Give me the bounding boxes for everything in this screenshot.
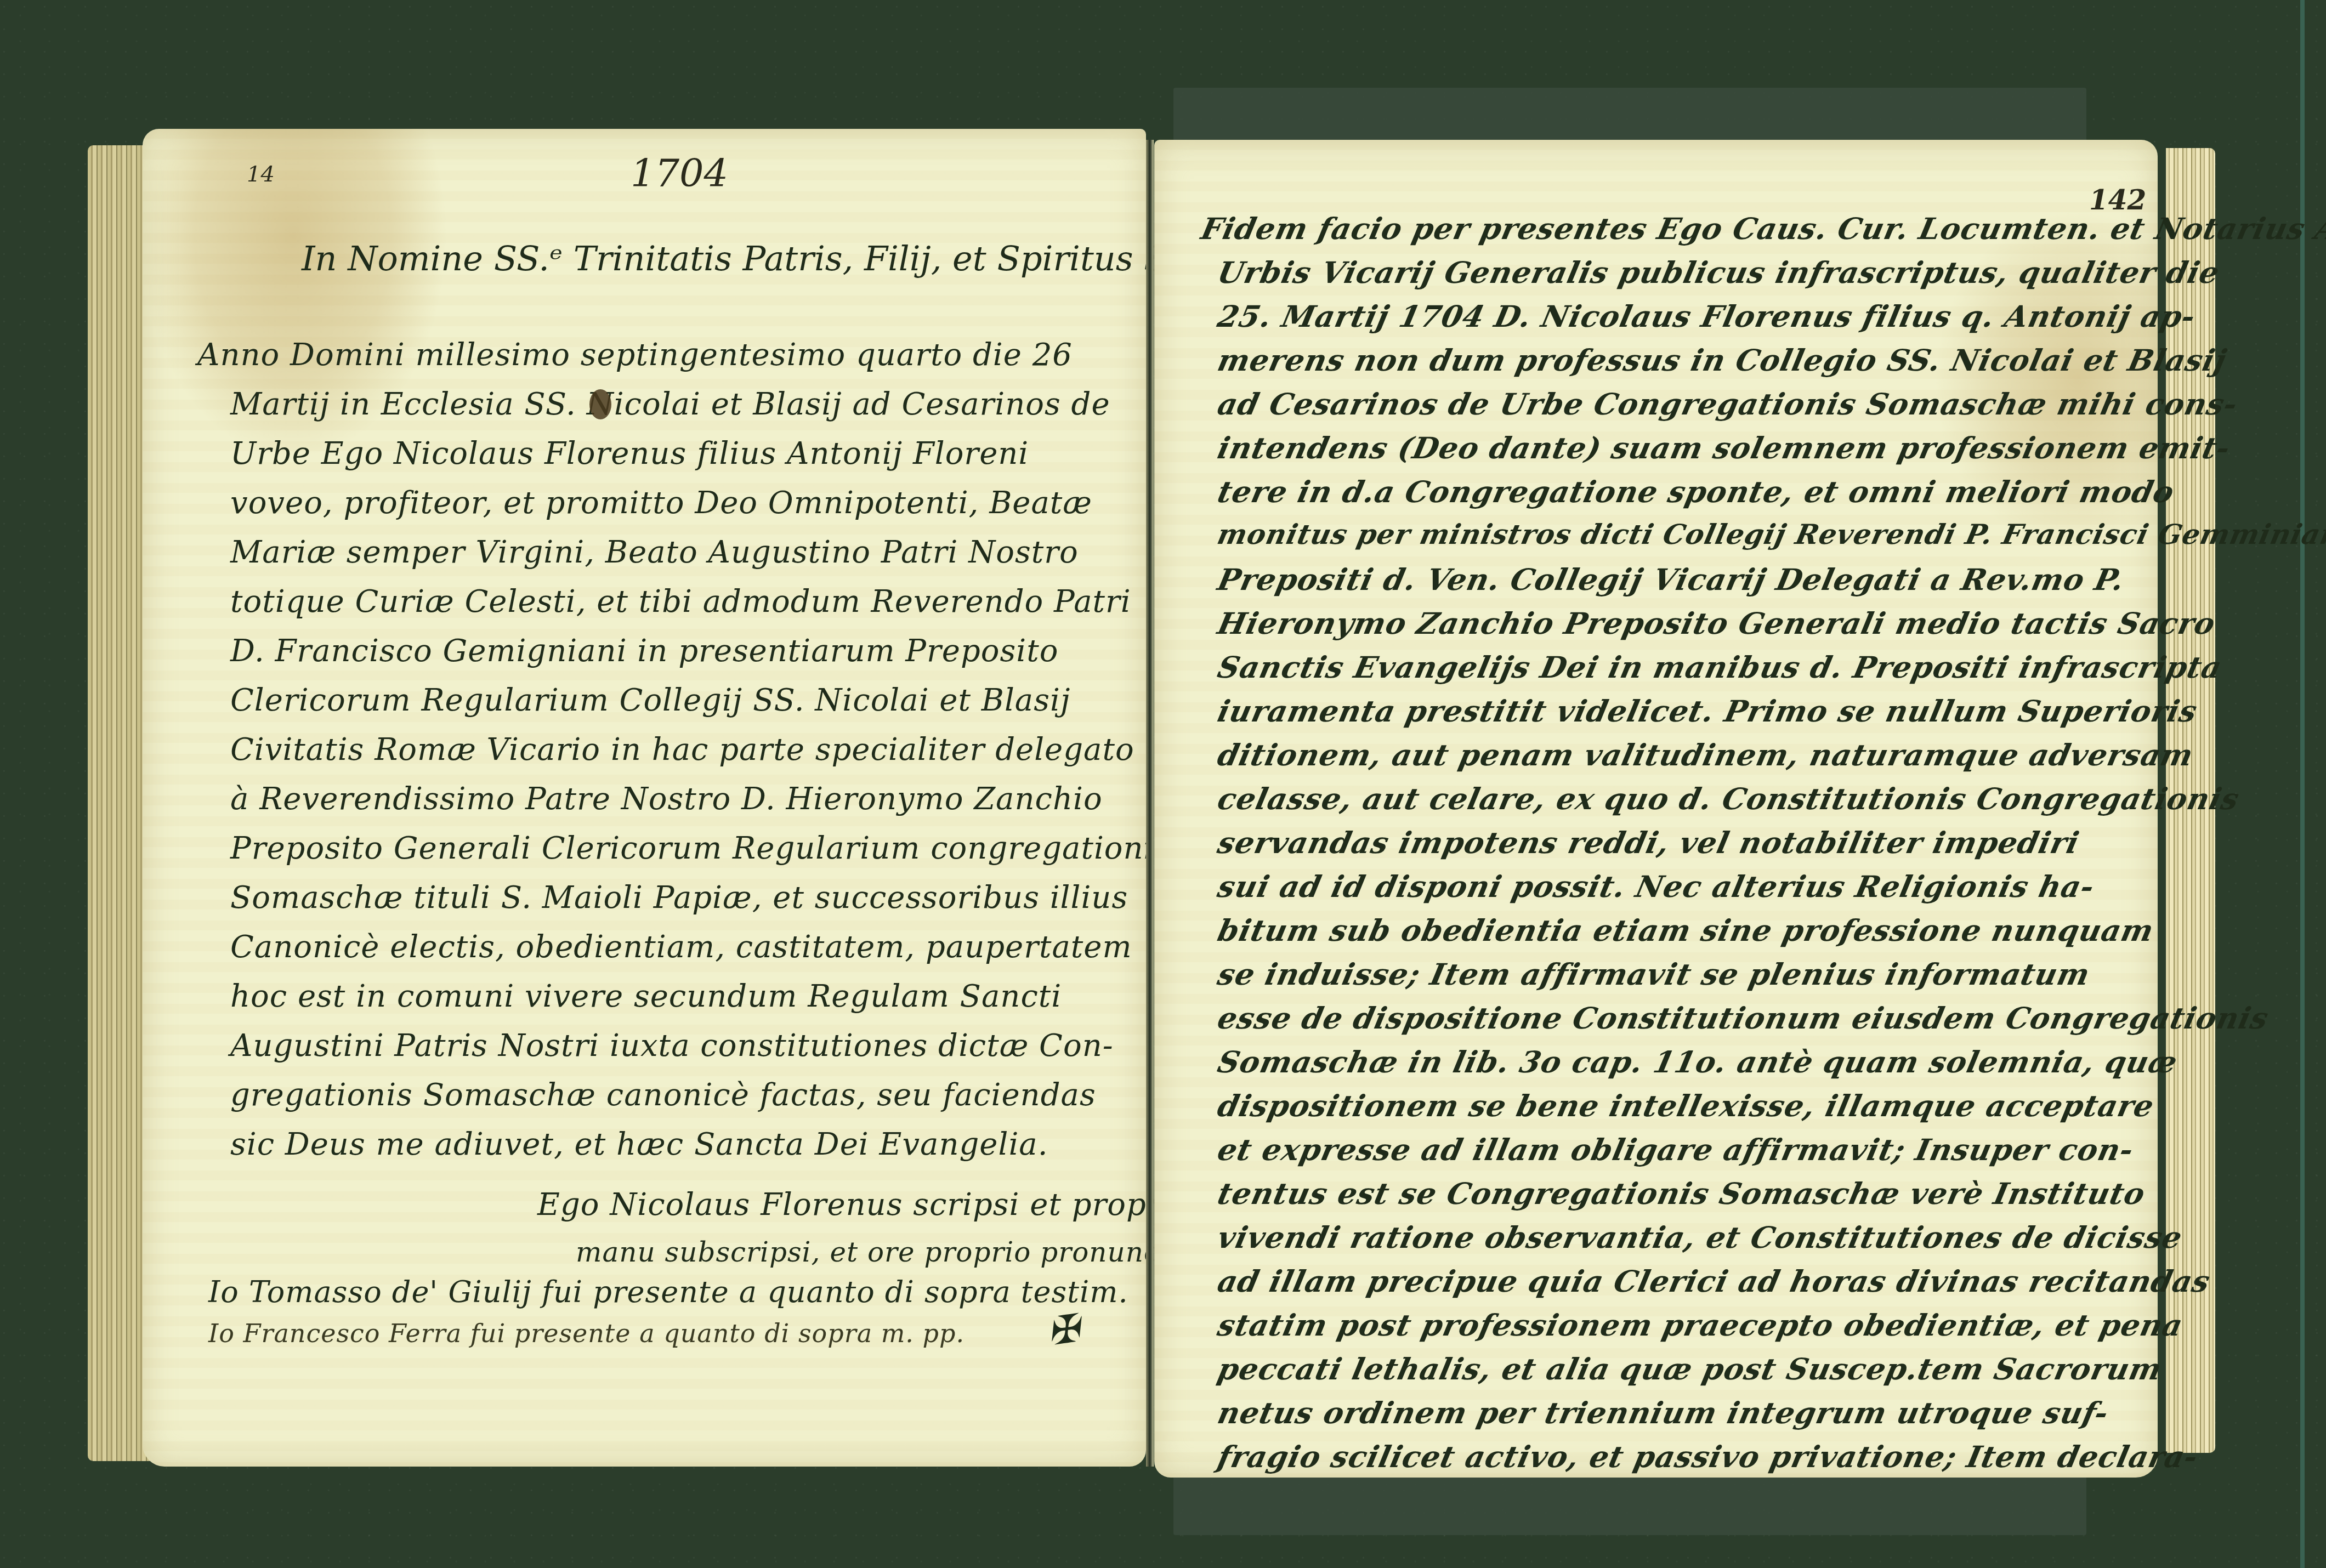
invocation-heading: In Nomine SS.ᵉ Trinitatis Patris, Filij,…	[302, 238, 1253, 279]
text-line: Preposito Generali Clericorum Regularium…	[230, 831, 1170, 866]
text-line: Fidem facio per presentes Ego Caus. Cur.…	[1198, 211, 2326, 246]
scan-stage: 14 1704 In Nomine SS.ᵉ Trinitatis Patris…	[0, 0, 2326, 1568]
text-line: tentus est se Congregationis Somaschæ ve…	[1215, 1176, 2148, 1211]
text-line: esse de dispositione Constitutionum eius…	[1215, 1001, 2272, 1036]
left-page: 14 1704 In Nomine SS.ᵉ Trinitatis Patris…	[143, 129, 1146, 1467]
text-line: Somaschæ tituli S. Maioli Papiæ, et succ…	[230, 880, 1128, 916]
text-line: ditionem, aut penam valitudinem, naturam…	[1215, 737, 2197, 772]
text-line: servandas impotens reddi, vel notabilite…	[1215, 825, 2083, 860]
text-line: celasse, aut celare, ex quo d. Constitut…	[1215, 781, 2243, 816]
right-page: 142 Fidem facio per presentes Ego Caus. …	[1154, 140, 2158, 1478]
text-line: Urbis Vicarij Generalis publicus infrasc…	[1215, 255, 2223, 290]
text-line: tere in d.a Congregatione sponte, et omn…	[1215, 474, 2177, 509]
text-line: gregationis Somaschæ canonicè factas, se…	[230, 1077, 1096, 1113]
signature-line: manu subscripsi, et ore proprio pronunci…	[576, 1236, 1211, 1268]
text-line: netus ordinem per triennium integrum utr…	[1215, 1395, 2112, 1430]
text-line: Civitatis Romæ Vicario in hac parte spec…	[230, 732, 1134, 768]
signature-line: Ego Nicolaus Florenus scripsi et propria	[537, 1187, 1191, 1223]
text-line: Prepositi d. Ven. Collegij Vicarij Deleg…	[1215, 562, 2128, 597]
text-line: Somaschæ in lib. 3o cap. 11o. antè quam …	[1215, 1044, 2181, 1080]
text-line: 25. Martij 1704 D. Nicolaus Florenus fil…	[1215, 299, 2199, 334]
open-book: 14 1704 In Nomine SS.ᵉ Trinitatis Patris…	[88, 123, 2215, 1478]
text-line: Hieronymo Zanchio Preposito Generali med…	[1215, 606, 2219, 641]
corner-mark: 14	[247, 162, 275, 187]
text-line: dispositionem se bene intellexisse, illa…	[1215, 1088, 2157, 1123]
text-line: intendens (Deo dante) suam solemnem prof…	[1215, 430, 2233, 465]
text-line: Clericorum Regularium Collegij SS. Nicol…	[230, 683, 1070, 718]
text-line: hoc est in comuni vivere secundum Regula…	[230, 979, 1062, 1014]
text-line: se induisse; Item affirmavit se plenius …	[1215, 957, 2093, 992]
text-line: iuramenta prestitit videlicet. Primo se …	[1215, 694, 2200, 729]
text-line: sui ad id disponi possit. Nec alterius R…	[1215, 869, 2098, 904]
text-line: peccati lethalis, et alia quæ post Susce…	[1215, 1351, 2165, 1387]
text-line: Mariæ semper Virgini, Beato Augustino Pa…	[230, 535, 1079, 570]
text-line: monitus per ministros dicti Collegij Rev…	[1215, 518, 2326, 550]
text-line: Anno Domini millesimo septingentesimo qu…	[197, 337, 1073, 373]
text-line: sic Deus me adiuvet, et hæc Sancta Dei E…	[230, 1127, 1048, 1162]
notarial-flourish-icon: ✠	[1045, 1305, 1082, 1354]
text-line: totique Curiæ Celesti, et tibi admodum R…	[230, 584, 1131, 620]
text-line: Sanctis Evangelijs Dei in manibus d. Pre…	[1215, 650, 2225, 685]
ink-blot	[589, 389, 611, 419]
text-line: ad illam precipue quia Clerici ad horas …	[1215, 1264, 2214, 1299]
text-line: et expresse ad illam obligare affirmavit…	[1215, 1132, 2137, 1167]
text-line: merens non dum professus in Collegio SS.…	[1215, 343, 2230, 378]
text-line: Augustini Patris Nostri iuxta constituti…	[230, 1028, 1114, 1064]
text-line: ad Cesarinos de Urbe Congregationis Soma…	[1215, 387, 2241, 422]
invocation-text: In Nomine SS.ᵉ Trinitatis Patris, Filij,…	[302, 238, 1253, 279]
text-line: Canonicè electis, obedientiam, castitate…	[230, 929, 1132, 965]
witness-line: Io Tomasso de' Giulij fui presente a qua…	[208, 1275, 1128, 1309]
text-line: Urbe Ego Nicolaus Florenus filius Antoni…	[230, 436, 1029, 471]
text-line: fragio scilicet activo, et passivo priva…	[1215, 1439, 2202, 1474]
text-line: voveo, profiteor, et promitto Deo Omnipo…	[230, 485, 1092, 521]
text-line: Martij in Ecclesia SS. Nicolai et Blasij…	[230, 387, 1110, 422]
text-line: vivendi ratione observantia, et Constitu…	[1215, 1220, 2186, 1255]
text-line: à Reverendissimo Patre Nostro D. Hierony…	[230, 781, 1103, 817]
witness-line: Io Francesco Ferra fui presente a quanto…	[208, 1319, 965, 1348]
text-line: D. Francisco Gemigniani in presentiarum …	[230, 633, 1058, 669]
book-gutter	[1146, 140, 1154, 1467]
text-line: bitum sub obedientia etiam sine professi…	[1215, 913, 2157, 948]
year-header: 1704	[631, 151, 728, 196]
text-line: statim post professionem praecepto obedi…	[1215, 1308, 2186, 1343]
